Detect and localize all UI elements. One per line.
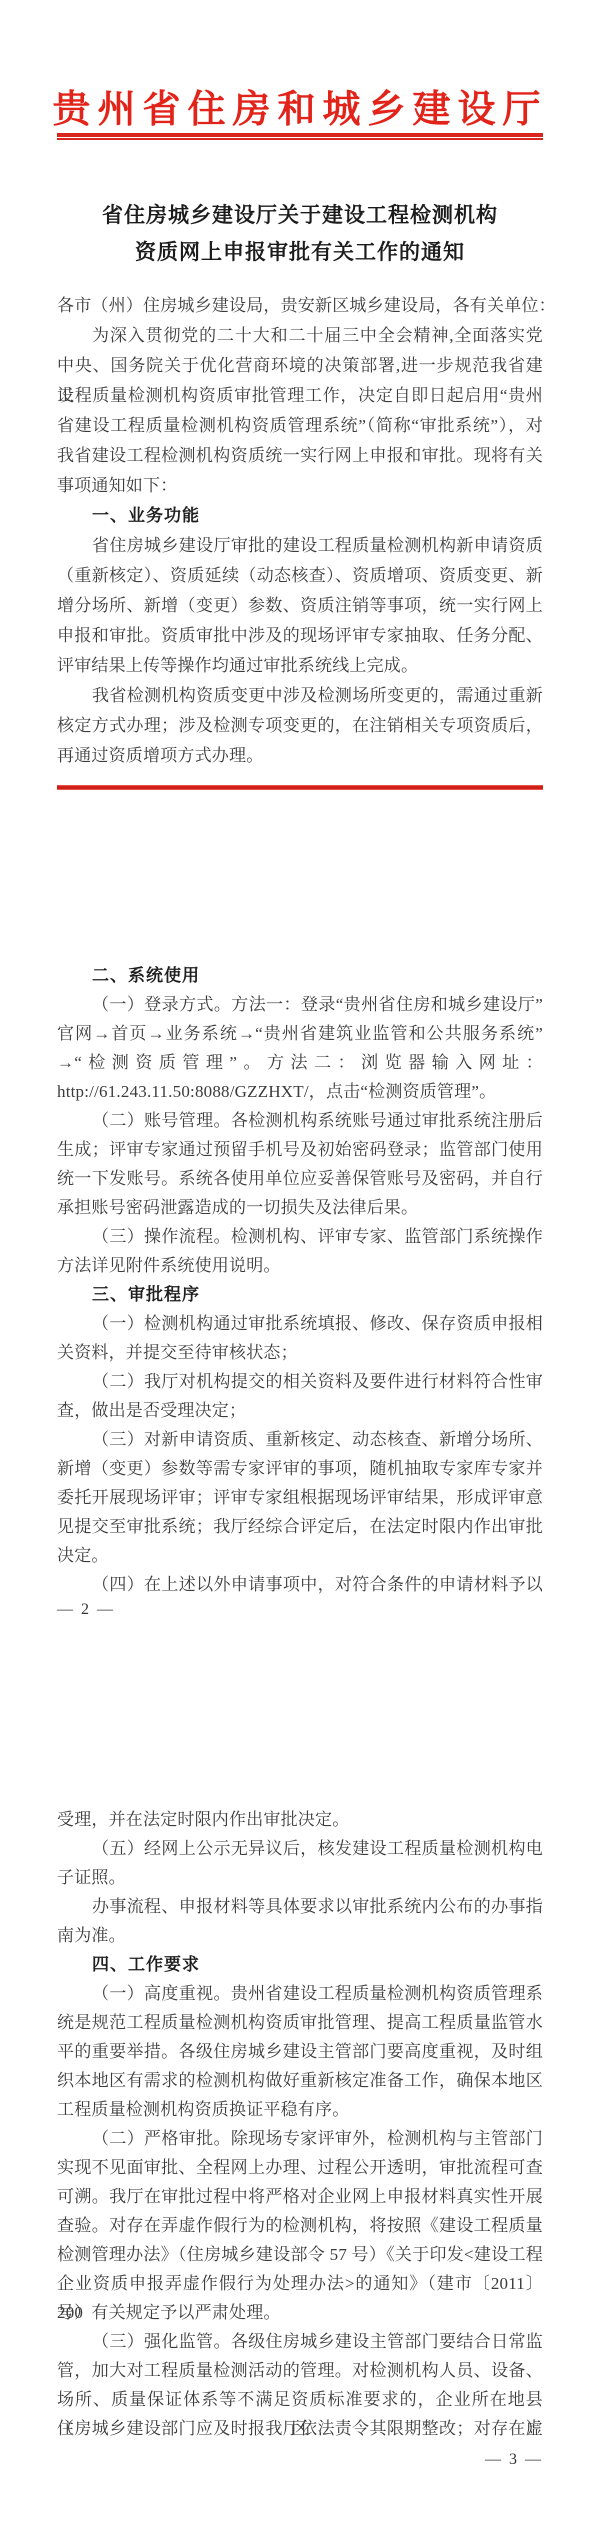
section-heading: 一、业务功能 [57,501,543,531]
text-line: 织本地区有需求的检测机构做好重新核定准备工作，确保本地区 [57,2066,543,2095]
text-line: 实现不见面审批、全程网上办理、过程公开透明，审批流程可查 [57,2153,543,2182]
text-line: 事项通知如下： [57,471,543,501]
page-1-body: 各市（州）住房城乡建设局，贵安新区城乡建设局，各有关单位：为深入贯彻党的二十大和… [57,291,543,771]
page-3-body: 受理，并在法定时限内作出审批决定。（五）经网上公示无异议后，核发建设工程质量检测… [57,1805,543,2443]
text-line: 核定方式办理；涉及检测专项变更的，在注销相关专项资质后， [57,711,543,741]
text-line: 办事流程、申报材料等具体要求以审批系统内公布的办事指 [57,1892,543,1921]
text-line: （一）高度重视。贵州省建设工程质量检测机构资质管理系 [57,1979,543,2008]
text-line: 平的重要举措。各级住房城乡建设主管部门要高度重视，及时组 [57,2037,543,2066]
text-line: 管，加大对工程质量检测活动的管理。对检测机构人员、设备、 [57,2356,543,2385]
text-line: 方法详见附件系统使用说明。 [57,1251,543,1280]
text-line: （一）检测机构通过审批系统填报、修改、保存资质申报相 [57,1309,543,1338]
letterhead-agency-title: 贵州省住房和城乡建设厅 [0,78,600,133]
text-line: 再通过资质增项方式办理。 [57,741,543,771]
text-line: 住房城乡建设部门应及时报我厅依法责令其限期整改；对存在虚 [57,2414,543,2443]
text-line: （重新核定）、资质延续（动态核查）、资质增项、资质变更、新 [57,561,543,591]
text-line: 南为准。 [57,1921,543,1950]
text-line: 工程质量检测机构资质审批管理工作，决定自即日起启用“贵州 [57,381,543,411]
text-line: 新增（变更）参数等需专家评审的事项，随机抽取专家库专家并 [57,1454,543,1483]
section-heading: 二、系统使用 [57,961,543,990]
text-line: （五）经网上公示无异议后，核发建设工程质量检测机构电 [57,1834,543,1863]
text-line: 检测管理办法》（住房城乡建设部令 57 号）《关于印发<建设工程 [57,2240,543,2269]
text-line: 见提交至审批系统；我厅经综合评定后，在法定时限内作出审批 [57,1512,543,1541]
page-number-3: — 3 — [485,2451,543,2469]
text-line: 查，做出是否受理决定； [57,1396,543,1425]
text-line: 受理，并在法定时限内作出审批决定。 [57,1805,543,1834]
text-line: 企业资质申报弄虚作假行为处理办法>的通知》（建市〔2011〕200 [57,2269,543,2298]
page-separator-red-rule [57,785,543,790]
text-line: http://61.243.11.50:8088/GZZHXT/，点击“检测资质… [57,1077,543,1106]
text-line: 官网→首页→业务系统→“贵州省建筑业监管和公共服务系统” [57,1019,543,1048]
text-line: 委托开展现场评审；评审专家组根据现场评审结果，形成评审意 [57,1483,543,1512]
text-line: 增分场所、新增（变更）参数、资质注销等事项，统一实行网上 [57,591,543,621]
text-line: 省住房城乡建设厅审批的建设工程质量检测机构新申请资质 [57,531,543,561]
section-heading: 四、工作要求 [57,1950,543,1979]
text-line: 可溯。我厅在审批过程中将严格对企业网上申报材料真实性开展 [57,2182,543,2211]
text-line: （三）操作流程。检测机构、评审专家、监管部门系统操作 [57,1222,543,1251]
text-line: 查验。对存在弄虚作假行为的检测机构，将按照《建设工程质量 [57,2211,543,2240]
text-line: 中央、国务院关于优化营商环境的决策部署,进一步规范我省建设 [57,351,543,381]
text-line: 统是规范工程质量检测机构资质审批管理、提高工程质量监管水 [57,2008,543,2037]
text-line: 场所、质量保证体系等不满足资质标准要求的，企业所在地县（区） [57,2385,543,2414]
section-heading: 三、审批程序 [57,1280,543,1309]
text-line: （二）账号管理。各检测机构系统账号通过审批系统注册后 [57,1106,543,1135]
text-line: 各市（州）住房城乡建设局，贵安新区城乡建设局，各有关单位： [57,291,543,321]
text-line: 我省检测机构资质变更中涉及检测场所变更的，需通过重新 [57,681,543,711]
text-line: 申报和审批。资质审批中涉及的现场评审专家抽取、任务分配、 [57,621,543,651]
text-line: （四）在上述以外申请事项中，对符合条件的申请材料予以 [57,1570,543,1599]
text-line: 关资料，并提交至待审核状态； [57,1338,543,1367]
text-line: （一）登录方式。方法一：登录“贵州省住房和城乡建设厅” [57,990,543,1019]
text-line: （三）对新申请资质、重新核定、动态核查、新增分场所、 [57,1425,543,1454]
text-line: →“检测资质管理”。方法二：浏览器输入网址： [57,1048,543,1077]
letterhead-red-rule [57,133,543,140]
text-line: 统一下发账号。系统各使用单位应妥善保管账号及密码，并自行 [57,1164,543,1193]
text-line: （三）强化监管。各级住房城乡建设主管部门要结合日常监 [57,2327,543,2356]
page-2-body: 二、系统使用（一）登录方式。方法一：登录“贵州省住房和城乡建设厅”官网→首页→业… [57,961,543,1599]
document-title: 省住房城乡建设厅关于建设工程检测机构 资质网上申报审批有关工作的通知 [0,197,600,271]
text-line: 工程质量检测机构资质换证平稳有序。 [57,2095,543,2124]
document-title-line-1: 省住房城乡建设厅关于建设工程检测机构 [0,197,600,234]
text-line: 省建设工程质量检测机构资质管理系统”（简称“审批系统”），对 [57,411,543,441]
document-title-line-2: 资质网上申报审批有关工作的通知 [0,234,600,271]
text-line: 评审结果上传等操作均通过审批系统线上完成。 [57,651,543,681]
text-line: 为深入贯彻党的二十大和二十届三中全会精神,全面落实党 [57,321,543,351]
text-line: （二）我厅对机构提交的相关资料及要件进行材料符合性审 [57,1367,543,1396]
text-line: 生成；评审专家通过预留手机号及初始密码登录；监管部门使用 [57,1135,543,1164]
text-line: 我省建设工程检测机构资质统一实行网上申报和审批。现将有关 [57,441,543,471]
text-line: 号）有关规定予以严肃处理。 [57,2298,543,2327]
text-line: 子证照。 [57,1863,543,1892]
page-number-2: — 2 — [57,1601,115,1619]
text-line: （二）严格审批。除现场专家评审外，检测机构与主管部门 [57,2124,543,2153]
text-line: 承担账号密码泄露造成的一切损失及法律后果。 [57,1193,543,1222]
text-line: 决定。 [57,1541,543,1570]
